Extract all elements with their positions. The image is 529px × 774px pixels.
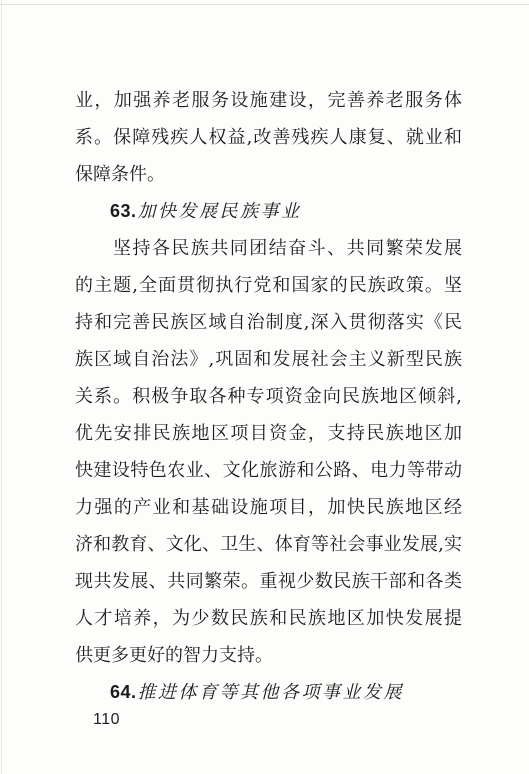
text-line: 保障条件。 (75, 156, 462, 193)
text-line: 关系。积极争取各种专项资金向民族地区倾斜, (75, 378, 462, 415)
section-heading-64: 64.推进体育等其他各项事业发展 (75, 674, 462, 711)
body-text-block: 业，加强养老服务设施建设，完善养老服务体系。保障残疾人权益,改善残疾人康复、就业… (0, 0, 529, 711)
book-page: 业，加强养老服务设施建设，完善养老服务体系。保障残疾人权益,改善残疾人康复、就业… (0, 0, 529, 774)
text-line: 持和完善民族区域自治制度,深入贯彻落实《民 (75, 304, 462, 341)
text-line: 族区域自治法》,巩固和发展社会主义新型民族 (75, 341, 462, 378)
paragraph-continued: 业，加强养老服务设施建设，完善养老服务体系。保障残疾人权益,改善残疾人康复、就业… (75, 82, 462, 193)
section-number: 64. (110, 682, 137, 702)
text-line: 坚持各民族共同团结奋斗、共同繁荣发展 (75, 230, 462, 267)
text-line: 人才培养，为少数民族和民族地区加快发展提 (75, 600, 462, 637)
text-line: 济和教育、文化、卫生、体育等社会事业发展,实 (75, 526, 462, 563)
text-line: 供更多更好的智力支持。 (75, 637, 462, 674)
text-line: 优先安排民族地区项目资金，支持民族地区加 (75, 415, 462, 452)
section-title: 推进体育等其他各项事业发展 (138, 682, 405, 703)
section-number: 63. (110, 201, 137, 221)
page-number: 110 (93, 711, 120, 729)
scan-artifact-left-edge (1, 0, 2, 774)
paragraph-section-63: 坚持各民族共同团结奋斗、共同繁荣发展的主题,全面贯彻执行党和国家的民族政策。坚持… (75, 230, 462, 674)
section-title: 加快发展民族事业 (138, 201, 302, 222)
text-line: 快建设特色农业、文化旅游和公路、电力等带动 (75, 452, 462, 489)
text-line: 力强的产业和基础设施项目，加快民族地区经 (75, 489, 462, 526)
text-line: 系。保障残疾人权益,改善残疾人康复、就业和 (75, 119, 462, 156)
text-line: 业，加强养老服务设施建设，完善养老服务体 (75, 82, 462, 119)
text-line: 现共发展、共同繁荣。重视少数民族干部和各类 (75, 563, 462, 600)
section-heading-63: 63.加快发展民族事业 (75, 193, 462, 230)
text-line: 的主题,全面贯彻执行党和国家的民族政策。坚 (75, 267, 462, 304)
scan-artifact-top-edge (0, 4, 529, 5)
